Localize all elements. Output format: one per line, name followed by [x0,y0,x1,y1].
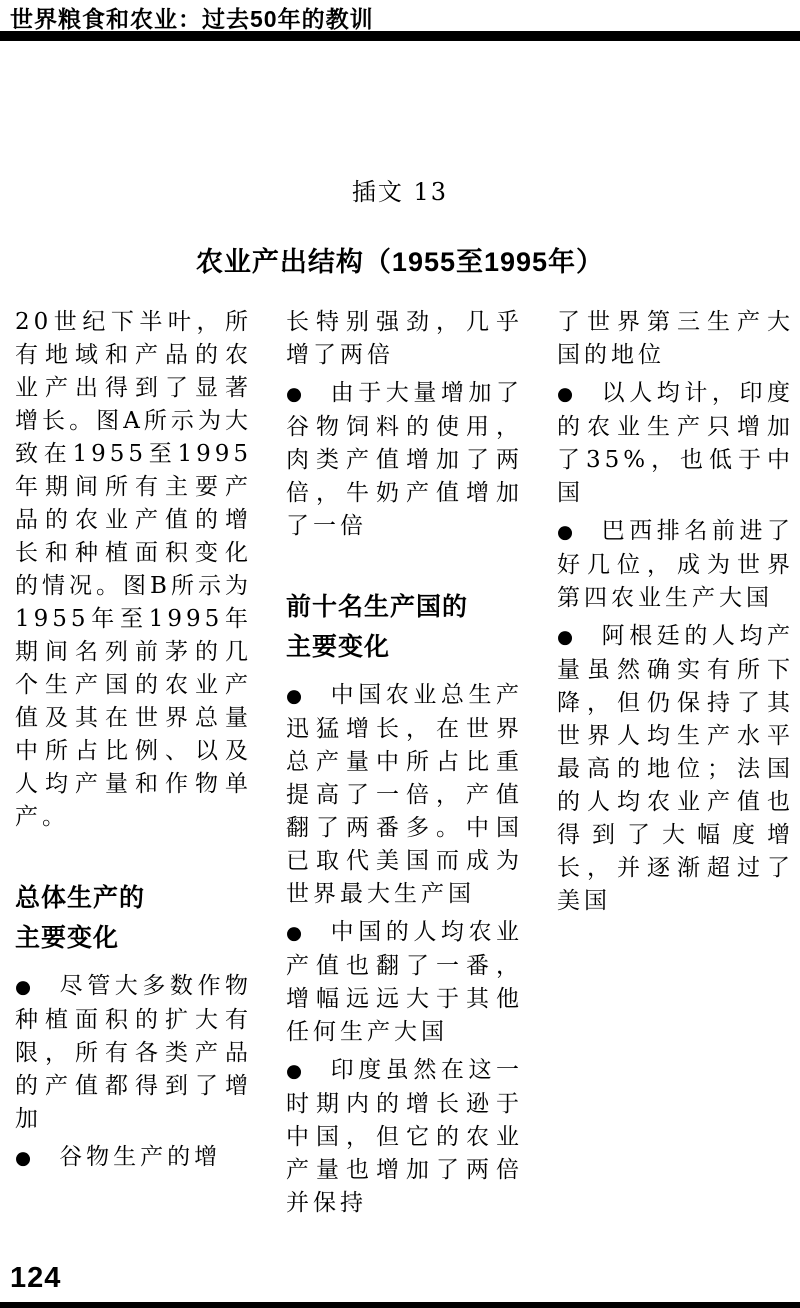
bullet-item: ●中国农业总生产迅猛增长，在世界总产量中所占比重提高了一倍，产值翻了两番多。中国… [286,679,523,911]
header-divider-rule [0,31,800,41]
bullet-item: ●印度虽然在这一时期内的增长逊于中国，但它的农业产量也增加了两倍并保持 [286,1054,523,1220]
bullet-text: 印度虽然在这一时期内的增长逊于中国，但它的农业产量也增加了两倍并保持 [286,1057,523,1216]
body-paragraph: 长特别强劲，几乎增了两倍 [286,306,523,372]
box-number-label: 插文 13 [0,172,800,207]
bullet-item: ●中国的人均农业产值也翻了一番，增幅远远大于其他任何生产大国 [286,916,523,1049]
bullet-icon: ● [557,627,578,648]
running-header-title: 世界粮食和农业：过去50年的教训 [10,1,374,34]
bullet-text: 巴西排名前进了好几位，成为世界第四农业生产大国 [557,518,794,611]
body-paragraph: 了世界第三生产大国的地位 [557,306,794,372]
section-heading: 前十名生产国的 主要变化 [286,587,523,667]
bullet-text: 中国的人均农业产值也翻了一番，增幅远远大于其他任何生产大国 [286,919,523,1045]
section-heading: 总体生产的 主要变化 [15,878,252,958]
bullet-item: ●以人均计，印度的农业生产只增加了35%，也低于中国 [557,377,794,510]
bullet-text: 由于大量增加了谷物饲料的使用，肉类产值增加了两倍，牛奶产值增加了一倍 [286,380,523,539]
box-title: 农业产出结构（1955至1995年） [0,240,800,279]
three-column-text-area: 20世纪下半叶，所有地域和产品的农业产出得到了显著增长。图A所示为大致在1955… [15,306,795,1220]
bullet-item: ●谷物生产的增 [15,1141,252,1175]
bullet-item: ●尽管大多数作物种植面积的扩大有限，所有各类产品的产值都得到了增加 [15,970,252,1136]
page-number: 124 [10,1262,61,1295]
bullet-item: ●阿根廷的人均产量虽然确实有所下降，但仍保持了其世界人均生产水平最高的地位；法国… [557,620,794,918]
bullet-text: 中国农业总生产迅猛增长，在世界总产量中所占比重提高了一倍，产值翻了两番多。中国已… [286,682,523,907]
bullet-icon: ● [557,522,578,543]
text-column-3: 了世界第三生产大国的地位●以人均计，印度的农业生产只增加了35%，也低于中国●巴… [557,306,794,918]
bullet-icon: ● [15,1148,35,1169]
bullet-icon: ● [286,384,307,405]
body-paragraph: 20世纪下半叶，所有地域和产品的农业产出得到了显著增长。图A所示为大致在1955… [15,306,252,834]
bullet-icon: ● [286,1061,307,1082]
bullet-item: ●由于大量增加了谷物饲料的使用，肉类产值增加了两倍，牛奶产值增加了一倍 [286,377,523,543]
bullet-icon: ● [557,384,578,405]
bullet-text: 谷物生产的增 [59,1144,221,1170]
footer-divider-rule [0,1302,800,1308]
bullet-item: ●巴西排名前进了好几位，成为世界第四农业生产大国 [557,515,794,615]
document-page: 世界粮食和农业：过去50年的教训 插文 13 农业产出结构（1955至1995年… [0,0,800,1308]
bullet-text: 阿根廷的人均产量虽然确实有所下降，但仍保持了其世界人均生产水平最高的地位；法国的… [557,623,794,914]
text-column-2: 长特别强劲，几乎增了两倍●由于大量增加了谷物饲料的使用，肉类产值增加了两倍，牛奶… [286,306,523,1220]
bullet-text: 尽管大多数作物种植面积的扩大有限，所有各类产品的产值都得到了增加 [15,973,252,1132]
bullet-icon: ● [286,923,307,944]
bullet-text: 以人均计，印度的农业生产只增加了35%，也低于中国 [557,380,794,506]
text-column-1: 20世纪下半叶，所有地域和产品的农业产出得到了显著增长。图A所示为大致在1955… [15,306,252,1175]
bullet-icon: ● [286,686,307,707]
bullet-icon: ● [15,977,36,998]
